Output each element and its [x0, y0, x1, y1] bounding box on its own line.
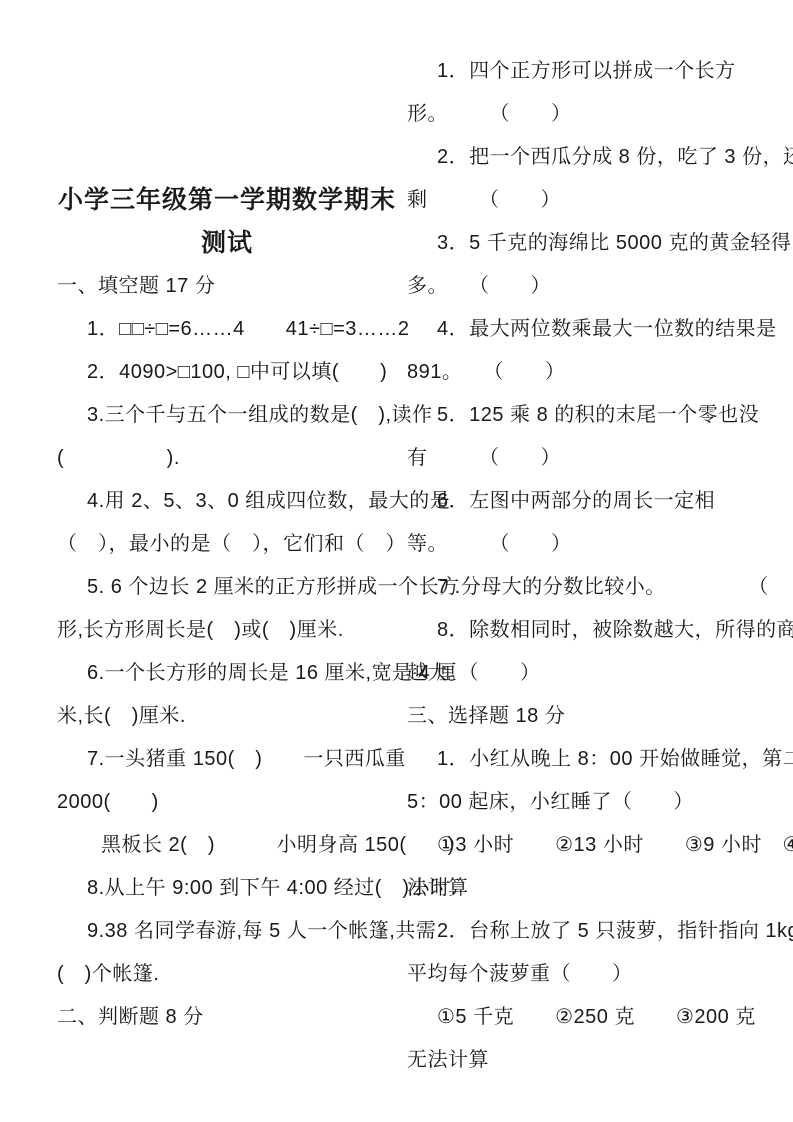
left-column-lines: 一、填空题 17 分1．□□÷□=6……4 41÷□=3……22．4090>□1… [57, 265, 397, 1039]
question-line: 1．小红从晚上 8：00 开始做睡觉，第二天 [407, 738, 773, 781]
question-line: 平均每个菠萝重（ ） [407, 953, 773, 996]
question-line: 4.用 2、5、3、0 组成四位数，最大的是 [57, 480, 397, 523]
section-header: 三、选择题 18 分 [407, 695, 773, 738]
question-line: 8．除数相同时，被除数越大，所得的商也 [407, 609, 773, 652]
question-line: 2．把一个西瓜分成 8 份，吃了 3 份，还 [407, 136, 773, 179]
question-line: 2．台称上放了 5 只菠萝，指针指向 1kg， [407, 910, 773, 953]
question-line: 1．四个正方形可以拼成一个长方 [407, 50, 773, 93]
question-line: 形,长方形周长是( )或( )厘米. [57, 609, 397, 652]
question-line: 越大。（ ） [407, 652, 773, 695]
question-line: 5. 6 个边长 2 厘米的正方形拼成一个长方 [57, 566, 397, 609]
exam-title-line-1: 小学三年级第一学期数学期末 [57, 179, 397, 222]
question-line: 5：00 起床，小红睡了（ ） [407, 781, 773, 824]
question-line: ①3 小时 ②13 小时 ③9 小时 ④无 [407, 824, 773, 867]
question-line: 形。 （ ） [407, 93, 773, 136]
question-line: 6.一个长方形的周长是 16 厘米,宽是 4 厘 [57, 652, 397, 695]
question-line: 8.从上午 9:00 到下午 4:00 经过( )小时. [57, 867, 397, 910]
exam-title-line-2: 测试 [57, 222, 397, 265]
question-line: 4．最大两位数乘最大一位数的结果是 [407, 308, 773, 351]
question-line: 无法计算 [407, 1039, 773, 1082]
question-line: 法计算 [407, 867, 773, 910]
question-line: 有 （ ） [407, 437, 773, 480]
exam-document-page: 小学三年级第一学期数学期末 测试 一、填空题 17 分1．□□÷□=6……4 4… [0, 0, 793, 1122]
question-line: 7.一头猪重 150( ) 一只西瓜重 [57, 738, 397, 781]
question-line: 891。 （ ） [407, 351, 773, 394]
question-line: 3．5 千克的海绵比 5000 克的黄金轻得 [407, 222, 773, 265]
question-line: 6．左图中两部分的周长一定相 [407, 480, 773, 523]
question-line: 2000( ) [57, 781, 397, 824]
section-header: 一、填空题 17 分 [57, 265, 397, 308]
question-line: 1．□□÷□=6……4 41÷□=3……2 [57, 308, 397, 351]
right-column: 1．四个正方形可以拼成一个长方形。 （ ）2．把一个西瓜分成 8 份，吃了 3 … [407, 50, 773, 1082]
question-line: ( )个帐篷. [57, 953, 397, 996]
question-line: 剩 （ ） [407, 179, 773, 222]
question-line: 黑板长 2( ) 小明身高 150( ) [57, 824, 397, 867]
question-line: 米,长( )厘米. [57, 695, 397, 738]
question-line: 3.三个千与五个一组成的数是( ),读作 [57, 394, 397, 437]
question-line: 5．125 乘 8 的积的末尾一个零也没 [407, 394, 773, 437]
right-column-lines: 1．四个正方形可以拼成一个长方形。 （ ）2．把一个西瓜分成 8 份，吃了 3 … [407, 50, 773, 1082]
question-line: 9.38 名同学春游,每 5 人一个帐篷,共需 [57, 910, 397, 953]
question-line: 等。 （ ） [407, 523, 773, 566]
question-line: ( ). [57, 437, 397, 480]
question-line: 2．4090>□100, □中可以填( ) [57, 351, 397, 394]
question-line: ①5 千克 ②250 克 ③200 克 ④ [407, 996, 773, 1039]
question-line: 7 .分母大的分数比较小。 （ ） [407, 566, 773, 609]
left-column: 小学三年级第一学期数学期末 测试 一、填空题 17 分1．□□÷□=6……4 4… [57, 179, 397, 1039]
question-line: 多。 （ ） [407, 265, 773, 308]
question-line: （ ），最小的是（ ），它们和（ ） [57, 523, 397, 566]
section-header: 二、判断题 8 分 [57, 996, 397, 1039]
